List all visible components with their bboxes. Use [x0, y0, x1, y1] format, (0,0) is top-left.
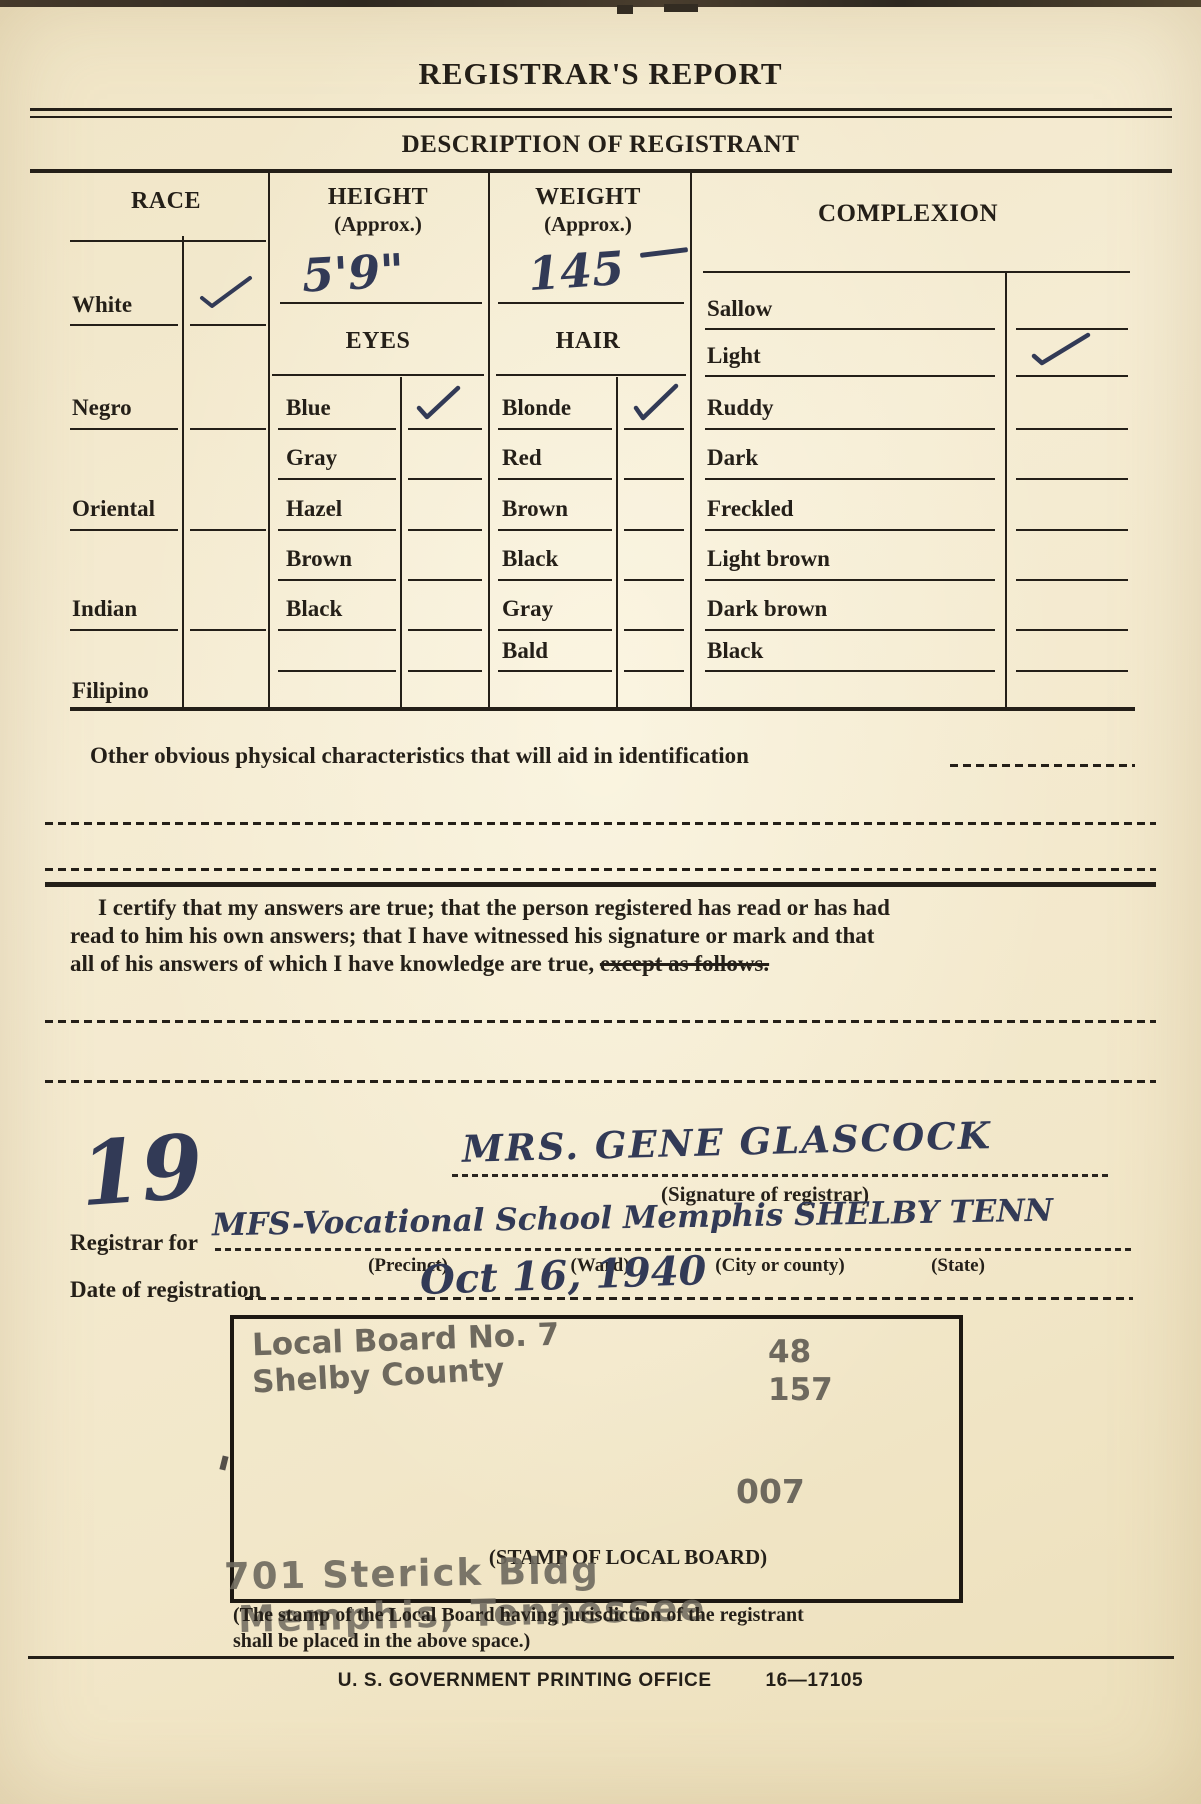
- table-divider: [488, 172, 490, 709]
- date-of-registration-label: Date of registration: [70, 1277, 261, 1303]
- section-heading: DESCRIPTION OF REGISTRANT: [0, 131, 1201, 159]
- exception-write-line: [45, 1080, 1156, 1083]
- scan-artifact: [219, 1455, 228, 1470]
- race-option-indian: Indian: [72, 596, 137, 622]
- exception-write-line: [45, 1020, 1156, 1023]
- complexion-option-sallow: Sallow: [707, 296, 772, 322]
- complexion-option-light: Light: [707, 343, 761, 369]
- complexion-check-divider: [1005, 271, 1007, 709]
- certification-line: all of his answers of which I have knowl…: [70, 950, 1140, 978]
- scan-artifact: [664, 4, 698, 12]
- struck-text: except as follows.: [600, 951, 769, 976]
- identification-write-line: [45, 868, 1156, 871]
- weight-value-handwriting: 145: [526, 241, 626, 302]
- registrar-report-card: REGISTRAR'S REPORT DESCRIPTION OF REGIST…: [0, 0, 1201, 1804]
- eyes-check-divider: [400, 377, 402, 709]
- registrar-signature-handwriting: MRS. GENE GLASCOCK: [462, 1113, 993, 1171]
- hair-option-gray: Gray: [502, 596, 553, 622]
- complexion-light-checkmark: [1030, 330, 1096, 368]
- hair-option-red: Red: [502, 445, 542, 471]
- certification-rule: [45, 882, 1156, 887]
- certification-line: read to him his own answers; that I have…: [70, 922, 1140, 950]
- race-check-divider: [182, 236, 184, 709]
- height-header: HEIGHT: [328, 184, 428, 211]
- hair-option-bald: Bald: [502, 638, 548, 664]
- weight-header: WEIGHT: [535, 184, 641, 211]
- complexion-option-dark-brown: Dark brown: [707, 596, 827, 622]
- complexion-option-light-brown: Light brown: [707, 546, 830, 572]
- height-subheader: (Approx.): [334, 212, 422, 237]
- printer-name: U. S. GOVERNMENT PRINTING OFFICE: [338, 1670, 712, 1691]
- identification-write-line: [45, 822, 1156, 825]
- complexion-option-dark: Dark: [707, 445, 758, 471]
- stamp-code3: 007: [736, 1472, 805, 1511]
- eyes-header: EYES: [346, 328, 411, 355]
- registrar-for-label: Registrar for: [70, 1230, 198, 1256]
- date-handwriting: Oct 16, 1940: [419, 1247, 707, 1304]
- page-title: REGISTRAR'S REPORT: [0, 56, 1201, 92]
- stamp-code1: 48: [768, 1334, 811, 1370]
- race-option-negro: Negro: [72, 395, 132, 421]
- eyes-option-hazel: Hazel: [286, 496, 342, 522]
- race-header: RACE: [131, 188, 201, 215]
- weight-subheader: (Approx.): [544, 212, 632, 237]
- stamp-note-line1: (The stamp of the Local Board having jur…: [233, 1604, 804, 1627]
- hair-option-brown: Brown: [502, 496, 568, 522]
- race-option-white: White: [72, 292, 132, 318]
- double-rule: [30, 108, 1172, 111]
- margin-number-handwriting: 19: [77, 1114, 206, 1226]
- complexion-option-ruddy: Ruddy: [707, 395, 773, 421]
- eyes-option-blue: Blue: [286, 395, 331, 421]
- race-white-checkmark: [198, 272, 260, 312]
- section-rule: [30, 169, 1172, 173]
- race-option-filipino: Filipino: [72, 678, 149, 704]
- eyes-option-brown: Brown: [286, 546, 352, 572]
- state-caption: (State): [931, 1255, 985, 1277]
- footer-imprint: U. S. GOVERNMENT PRINTING OFFICE 16—1710…: [0, 1670, 1201, 1692]
- race-option-oriental: Oriental: [72, 496, 155, 522]
- hair-header: HAIR: [556, 328, 621, 355]
- eyes-blue-checkmark: [414, 384, 470, 422]
- complexion-header: COMPLEXION: [818, 200, 998, 228]
- stamp-note-line2: shall be placed in the above space.): [233, 1630, 530, 1653]
- hair-check-divider: [616, 377, 618, 709]
- date-line: [245, 1297, 1133, 1300]
- complexion-option-freckled: Freckled: [707, 496, 793, 522]
- complexion-option-black: Black: [707, 638, 763, 664]
- city-county-caption: (City or county): [715, 1255, 844, 1277]
- identification-label: Other obvious physical characteristics t…: [90, 742, 749, 770]
- table-divider: [690, 172, 692, 709]
- form-number: 16—17105: [765, 1670, 863, 1691]
- table-divider: [268, 172, 270, 709]
- scan-top-edge: [0, 0, 1201, 7]
- hair-blonde-checkmark: [630, 382, 686, 422]
- table-bottom-rule: [70, 707, 1135, 711]
- registrar-for-handwriting: MFS-Vocational School Memphis SHELBY TEN…: [212, 1193, 1054, 1244]
- identification-fill-line: [950, 764, 1135, 767]
- signature-line: [452, 1174, 1112, 1177]
- ink-stroke: [640, 247, 688, 258]
- stamp-code2: 157: [768, 1372, 833, 1408]
- eyes-option-black: Black: [286, 596, 342, 622]
- scan-artifact: [617, 5, 633, 14]
- hair-option-black: Black: [502, 546, 558, 572]
- certification-line: I certify that my answers are true; that…: [70, 894, 1140, 922]
- height-value-handwriting: 5'9": [301, 243, 406, 302]
- eyes-option-gray: Gray: [286, 445, 337, 471]
- hair-option-blonde: Blonde: [502, 395, 571, 421]
- footer-rule: [28, 1656, 1174, 1659]
